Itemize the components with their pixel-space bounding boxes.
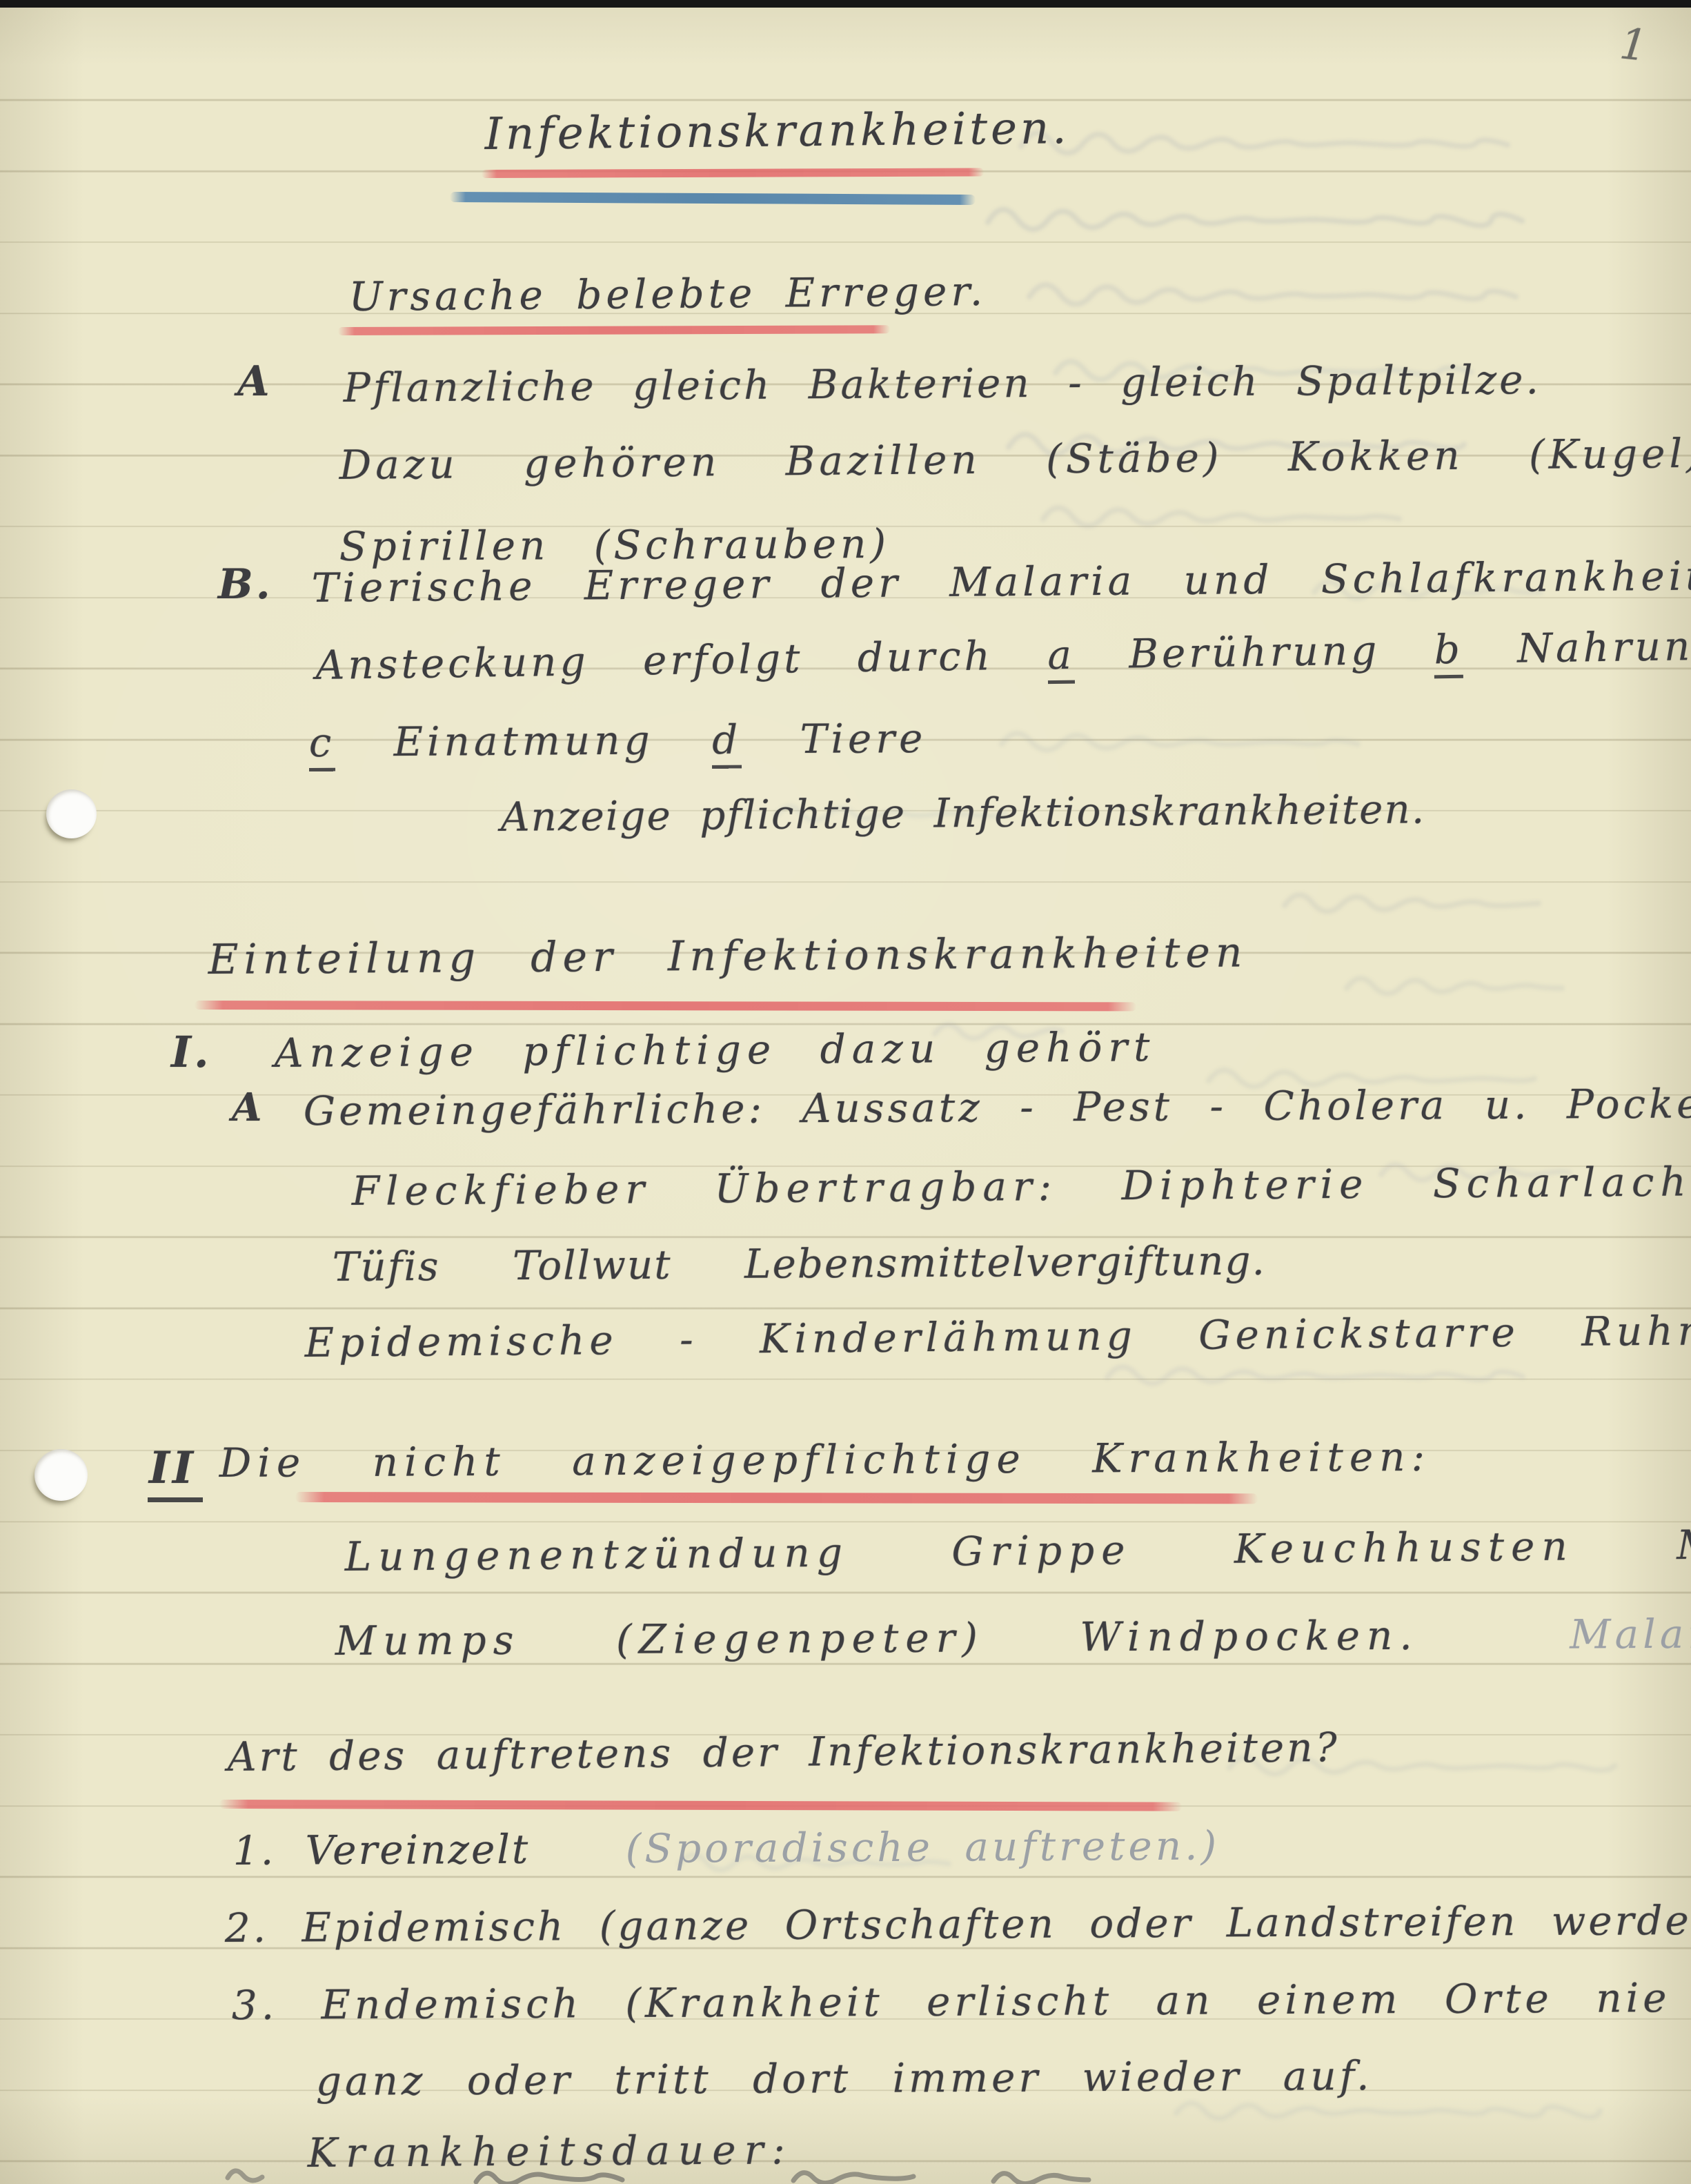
- item1-text: Vereinzelt: [305, 1826, 530, 1874]
- roman-ii-marker: II: [148, 1442, 203, 1502]
- ii-intro-die: Die: [219, 1439, 307, 1486]
- ursache-underline-red: [338, 325, 890, 335]
- title-underline-red: [482, 168, 984, 178]
- ansteckung-beruehrung: Berührung: [1129, 627, 1381, 677]
- ansteckung-letter-a: a: [1047, 631, 1076, 685]
- heading-einteilung: Einteilung der Infektionskrankheiten: [208, 928, 1248, 984]
- line-bazillen: Dazu gehören Bazillen (Stäbe) Kokken (Ku…: [339, 430, 1691, 489]
- mumps-main: Mumps (Ziegenpeter) Windpocken.: [335, 1612, 1419, 1664]
- einatmung-tiere: Tiere: [800, 715, 927, 763]
- item2-text: Epidemisch (ganze Ortschaften oder Lands…: [301, 1897, 1691, 1951]
- item-b-marker: B.: [218, 560, 273, 609]
- ansteckung-text: Ansteckung erfolgt durch: [315, 632, 993, 689]
- einatmung-letter-d: d: [712, 716, 742, 769]
- line-krankheitsdauer: Krankheitsdauer:: [308, 2126, 794, 2176]
- ansteckung-nahrungsmittel: Nahrungsmittel: [1517, 620, 1691, 671]
- line-epidemische: Epidemische - Kinderlähmung Genickstarre…: [304, 1307, 1691, 1366]
- line-einatmung: c Einatmung d Tiere: [309, 715, 927, 766]
- heading-art: Art des auftretens der Infektionskrankhe…: [227, 1724, 1339, 1780]
- ii-underline-red: [295, 1492, 1258, 1504]
- line-pflanzliche: Pflanzliche gleich Bakterien - gleich Sp…: [344, 356, 1542, 411]
- ii-intro-main: nicht anzeigepflichtige Krankheiten:: [372, 1433, 1431, 1486]
- line-ganz-oder: ganz oder tritt dort immer wieder auf.: [316, 2052, 1373, 2105]
- punch-hole-top: [46, 789, 97, 838]
- scan-edge: [0, 0, 1691, 8]
- line-lungenentzuendung: Lungenentzündung Grippe Keuchhusten Mase…: [344, 1520, 1691, 1580]
- line-ansteckung: Ansteckung erfolgt durch a Berührung b N…: [315, 620, 1691, 689]
- line-tuefis: Tüfis Tollwut Lebensmittelvergiftung.: [333, 1237, 1267, 1290]
- line-anzeige-pflichtige: Anzeige pflichtige dazu gehört: [275, 1023, 1156, 1076]
- line-gemeingefaehrliche: Gemeingefährliche: Aussatz - Pest - Chol…: [304, 1080, 1691, 1134]
- heading-ursache: Ursache belebte Erreger.: [348, 268, 987, 320]
- page-title: Infektionskrankheiten.: [484, 103, 1070, 160]
- item3-number: 3.: [232, 1982, 279, 2029]
- notebook-page: 1 Infektionskrankheiten. Ursache belebte…: [0, 0, 1691, 2184]
- item-a2-marker: A: [232, 1085, 264, 1130]
- line-epidemisch: 2. Epidemisch (ganze Ortschaften oder La…: [225, 1896, 1691, 1951]
- item2-number: 2.: [225, 1905, 269, 1951]
- line-nicht-anzeigepflichtige: Die nicht anzeigepflichtige Krankheiten:: [219, 1433, 1432, 1486]
- punch-hole-bottom: [34, 1449, 88, 1501]
- page-number: 1: [1617, 18, 1650, 71]
- line-fleckfieber: Fleckfieber Übertragbar: Diphterie Schar…: [352, 1158, 1691, 1214]
- item-a-marker: A: [237, 357, 273, 406]
- einteilung-underline-red: [195, 1001, 1136, 1011]
- art-underline-red: [219, 1800, 1182, 1811]
- ansteckung-letter-b: b: [1434, 626, 1463, 679]
- line-anzeige-note: Anzeige pflichtige Infektionskrankheiten…: [500, 785, 1425, 840]
- einatmung-letter-c: c: [309, 719, 336, 771]
- line-endemisch: 3. Endemisch (Krankheit erlischt an eine…: [232, 1974, 1671, 2029]
- mumps-malaria-pencil: Malaria: [1570, 1610, 1691, 1657]
- item1-note-pencil: (Sporadische auftreten.): [625, 1822, 1220, 1873]
- einatmung-text: Einatmung: [393, 717, 653, 766]
- line-mumps: Mumps (Ziegenpeter) Windpocken. Malaria: [335, 1610, 1691, 1664]
- title-underline-blue: [450, 192, 976, 205]
- item3-text: Endemisch (Krankheit erlischt an einem O…: [321, 1974, 1670, 2028]
- line-vereinzelt: 1. Vereinzelt (Sporadische auftreten.): [233, 1822, 1220, 1874]
- item1-number: 1.: [233, 1827, 276, 1874]
- roman-i-marker: I.: [171, 1027, 212, 1077]
